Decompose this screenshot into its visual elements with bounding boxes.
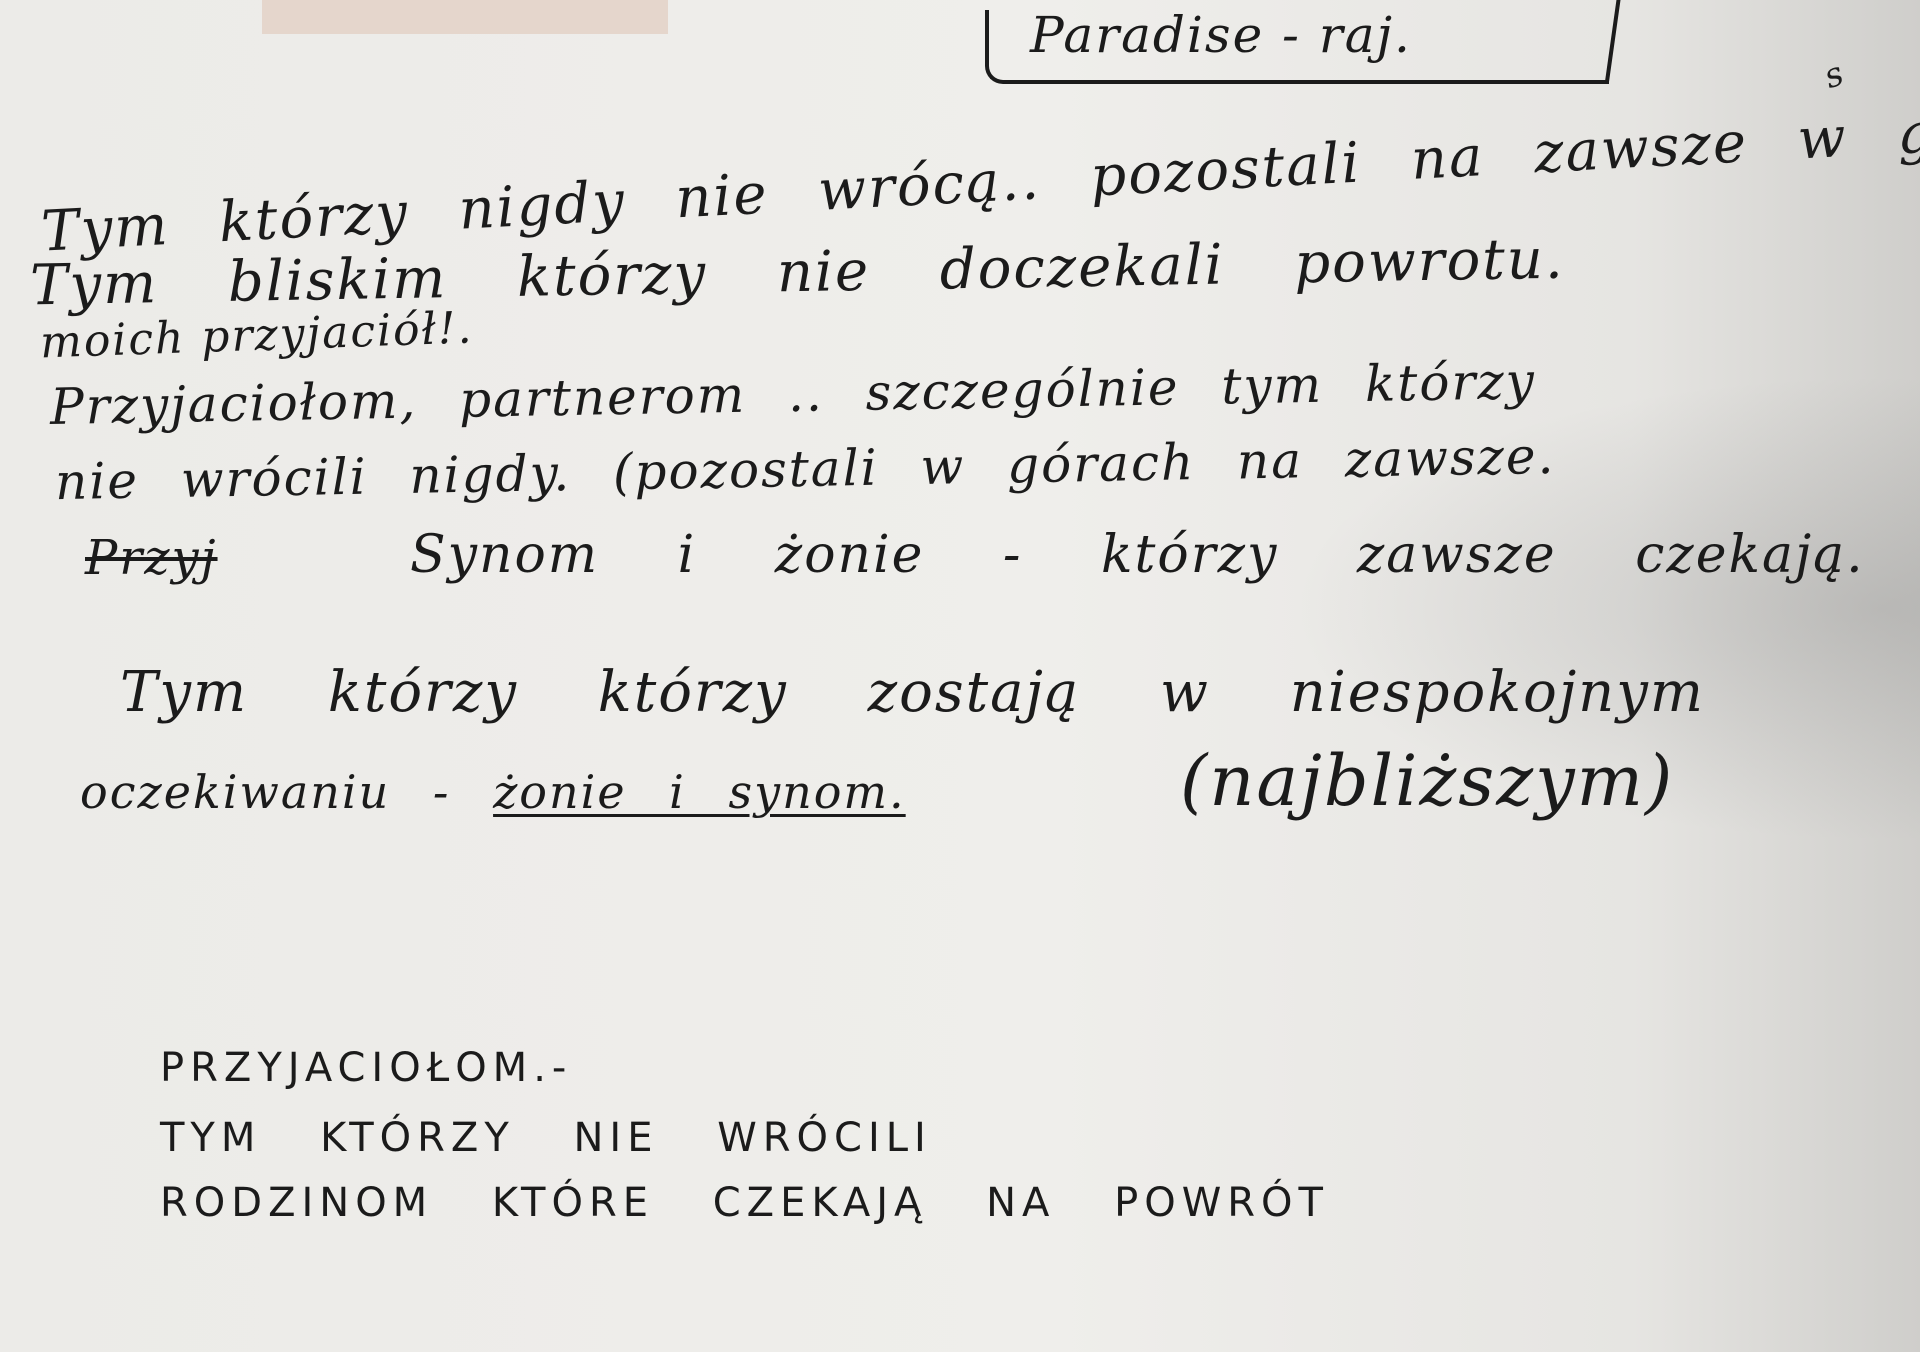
block-caps-line-1: PRZYJACIOŁOM.- <box>160 1045 572 1091</box>
corner-mark: s <box>1819 53 1851 97</box>
underlined-phrase: żonie i synom. <box>493 765 906 819</box>
struck-out-word: Przyj <box>85 530 218 586</box>
manuscript-line-5: nie wrócili nigdy. (pozostali w górach n… <box>55 427 1556 511</box>
block-caps-line-3: RODZINOM KTÓRE CZEKAJĄ NA POWRÓT <box>160 1180 1329 1226</box>
manuscript-line-4: Przyjaciołom, partnerom .. szczególnie t… <box>50 352 1537 436</box>
manuscript-line-8: oczekiwaniu - żonie i synom. <box>80 765 906 819</box>
tape-strip <box>262 0 668 34</box>
page-title: Paradise - raj. <box>1030 6 1412 64</box>
manuscript-page: Paradise - raj. s Tym którzy nigdy nie w… <box>0 0 1920 1352</box>
line-8-start: oczekiwaniu - <box>80 765 450 819</box>
parenthetical-note: (najbliższym) <box>1180 740 1674 822</box>
manuscript-line-6: Synom i żonie - którzy zawsze czekają. <box>410 525 1865 585</box>
manuscript-line-7: Tym którzy którzy zostają w niespokojnym <box>120 660 1705 725</box>
block-caps-line-2: TYM KTÓRZY NIE WRÓCILI <box>160 1115 932 1161</box>
